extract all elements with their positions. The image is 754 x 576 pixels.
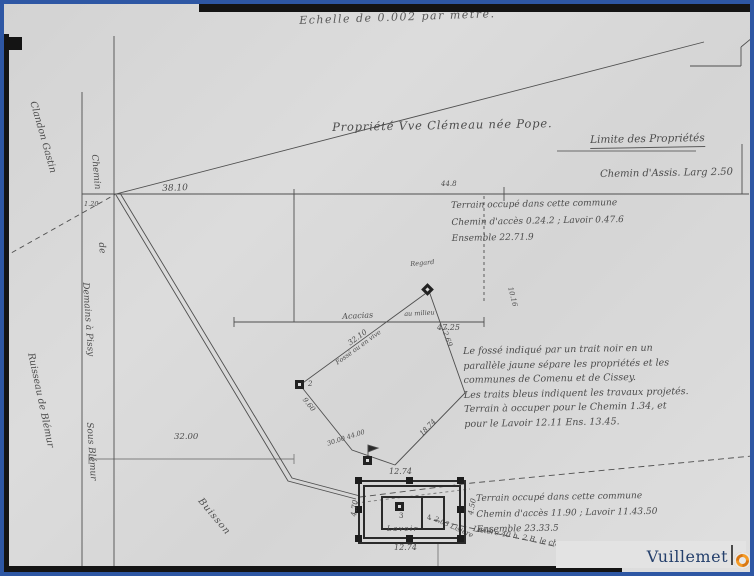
ditch-line	[116, 195, 356, 499]
scanned-plan-viewer: Echelle de 0.002 par mètre. Propriété Vv…	[0, 0, 754, 576]
scan-edge-left	[4, 34, 9, 572]
basin-marker-3-label: 3	[399, 512, 403, 521]
measure-120: 1.20	[84, 200, 98, 208]
boundary-marker-flag	[363, 456, 372, 465]
note-line: Ensemble 22.71.9	[452, 228, 625, 248]
scan-edge-bottom	[4, 566, 622, 576]
lavoir-width-bottom: 12.74	[394, 543, 417, 553]
lavoir-name: Lavoir	[387, 525, 419, 534]
wall-block	[355, 477, 362, 484]
parcel-outline	[300, 291, 465, 465]
wall-block	[406, 535, 413, 542]
acacias-label: Acacias	[342, 310, 373, 322]
road-name-2: de	[95, 242, 107, 254]
lavoir-height-left: 4.70	[349, 499, 360, 517]
measure-3200: 32.00	[174, 432, 198, 443]
wall-block	[355, 535, 362, 542]
wall-block	[457, 477, 464, 484]
wall-block	[406, 477, 413, 484]
measure-448: 44.8	[441, 180, 457, 189]
notes-top-block: Terrain occupé dans cette commune Chemin…	[451, 195, 624, 248]
scan-artifact-square	[9, 37, 22, 50]
wall-block	[457, 506, 464, 513]
watermark-logo-icon	[734, 552, 751, 569]
measure-3810: 38.10	[162, 183, 188, 195]
basin-marker-4-label: 4	[427, 514, 431, 523]
watermark-text: Vuillemet	[647, 547, 728, 566]
limit-label: Limite des Propriétés	[590, 132, 705, 149]
notes-middle-block: Le fossé indiqué par un trait noir en un…	[463, 341, 689, 432]
wall-block	[457, 535, 464, 542]
boundary-marker-2	[295, 380, 304, 389]
note-line: Chemin d'accès 11.90 ; Lavoir 11.43.50	[476, 504, 657, 523]
access-road-label: Chemin d'Assis. Larg 2.50	[600, 167, 733, 182]
boundary-marker-2-label: 2	[308, 380, 312, 389]
scan-edge-top	[199, 4, 754, 12]
boundary-marker-3	[395, 502, 404, 511]
watermark-divider	[731, 545, 733, 565]
lavoir-width-top: 12.74	[389, 467, 412, 477]
note-line: Chemin d'accès 0.24.2 ; Lavoir 0.47.6	[451, 211, 624, 231]
au-milieu-label: au milieu	[404, 308, 435, 318]
